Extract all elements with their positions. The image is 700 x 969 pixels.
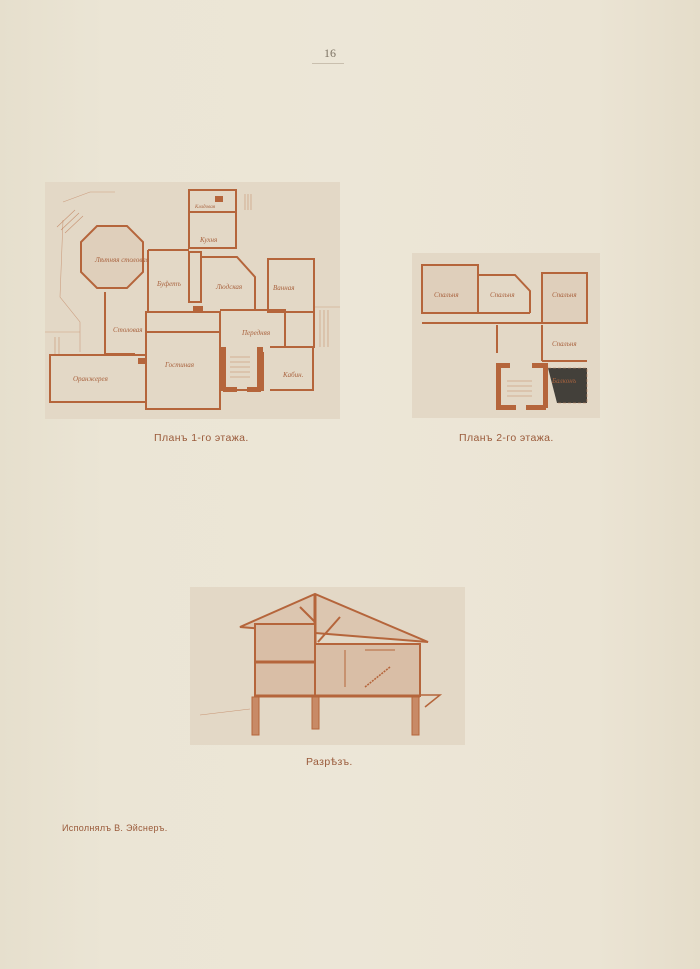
section-drawing — [190, 587, 465, 745]
first-floor-plan-image: Лѣтняя столовая Буфетъ Кухня Кладовая Лю… — [45, 182, 340, 419]
first-floor-plan-drawing: Лѣтняя столовая Буфетъ Кухня Кладовая Лю… — [45, 182, 340, 419]
section-caption: Разрѣзъ. — [306, 756, 353, 768]
room-label-bedroom-2: Спальня — [490, 291, 515, 299]
room-label-bedroom-4: Спальня — [552, 340, 577, 348]
room-label-bedroom-1: Спальня — [434, 291, 459, 299]
second-floor-plan-image: Спальня Спальня Спальня Спальня Балконъ — [412, 253, 600, 418]
second-floor-plan-drawing: Спальня Спальня Спальня Спальня Балконъ — [412, 253, 600, 418]
section-drawing-image — [190, 587, 465, 745]
room-label-drawing-room: Гостиная — [164, 361, 194, 369]
page-number: 16 — [312, 46, 348, 61]
room-label-bath: Ванная — [273, 284, 294, 292]
room-label-dining: Столовая — [113, 326, 143, 334]
room-label-pantry: Кладовая — [194, 205, 216, 210]
room-label-study: Кабин. — [282, 371, 304, 379]
credit-line: Исполнялъ В. Эйснеръ. — [62, 823, 168, 833]
room-label-kitchen: Кухня — [199, 236, 217, 244]
room-label-anteroom: Передняя — [241, 329, 270, 337]
room-label-servants: Людская — [215, 283, 242, 291]
room-label-bedroom-3: Спальня — [552, 291, 577, 299]
page-number-rule — [312, 63, 344, 64]
second-floor-caption: Планъ 2-го этажа. — [459, 432, 554, 444]
first-floor-caption: Планъ 1-го этажа. — [154, 432, 249, 444]
room-label-orangery: Оранжерея — [73, 375, 108, 383]
room-label-summer-dining: Лѣтняя столовая — [94, 256, 149, 264]
book-page: 16 — [0, 0, 700, 969]
room-label-balcony: Балконъ — [551, 377, 577, 385]
room-label-buffet: Буфетъ — [156, 280, 181, 288]
